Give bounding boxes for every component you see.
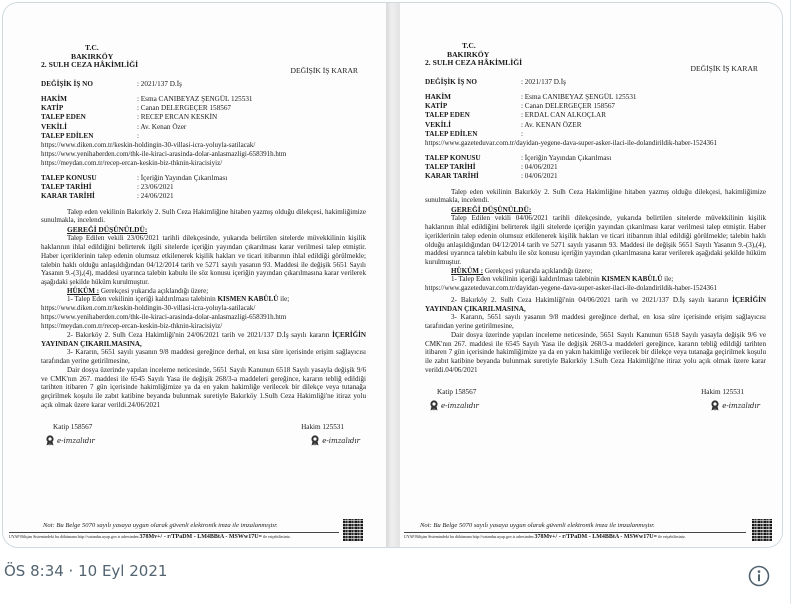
item-text: 2- Bakırköy 2. Sulh Ceza Hakimliği'nin 2… bbox=[67, 331, 332, 339]
file-no-row: DEĞİŞİK İŞ NO: 2021/137 D.İş bbox=[425, 78, 766, 87]
field-value: : 2021/137 D.İş bbox=[521, 78, 766, 87]
party-row: KATİP: Canan DELERGEÇER 158567 bbox=[41, 104, 366, 113]
judge-signature: Hakim 125531 bbox=[701, 388, 744, 396]
clerk-signature: Katip 158567 bbox=[53, 423, 92, 431]
reasoning-paragraph: Talep Edilen vekili 23/06/2021 tarihli d… bbox=[41, 234, 366, 286]
item-text: 1- Talep Eden vekilinin içeriği kaldırıl… bbox=[67, 295, 217, 303]
qr-code bbox=[343, 519, 363, 541]
timeline-divider bbox=[790, 0, 791, 604]
e-signature-row: e-imzalıdır e-imzalıdır bbox=[41, 435, 366, 446]
verdict-item-2: 2- Bakırköy 2. Sulh Ceza Hakimliği'nin 0… bbox=[425, 296, 766, 313]
field-label: HAKİM bbox=[41, 95, 137, 104]
field-label: HAKİM bbox=[425, 93, 521, 102]
field-value: : Esma CANIBEYAZ ŞENGÜL 125531 bbox=[521, 93, 766, 102]
party-row: TALEP EDEN: RECEP ERCAN KESKİN bbox=[41, 113, 366, 122]
field-label: KARAR TARİHİ bbox=[425, 172, 521, 181]
e-signature-stamp: e-imzalıdır bbox=[710, 400, 760, 411]
verification-code: 378Mv+/ - r/TPaDM - LM4BBtA - MSWw17U= bbox=[534, 534, 657, 540]
field-value: : ERDAL CAN ALKOÇLAR bbox=[521, 111, 766, 120]
reasoning-paragraph: Talep Edilen vekili 04/06/2021 tarihli d… bbox=[425, 214, 766, 266]
verdict-item-1: 1- Talep Eden vekilinin içeriği kaldırıl… bbox=[425, 275, 766, 284]
target-url: https://www.yenihaberden.com/thk-ile-kir… bbox=[41, 313, 366, 322]
field-label: DEĞİŞİK İŞ NO bbox=[425, 78, 521, 87]
request-row: KARAR TARİHİ: 24/06/2021 bbox=[41, 192, 366, 201]
field-value: : Canan DELERGEÇER 158567 bbox=[137, 104, 366, 113]
e-signature-stamp: e-imzalıdır bbox=[45, 435, 95, 446]
e-signature-note: Not: Bu Belge 5070 sayılı yasaya uygun o… bbox=[43, 522, 278, 529]
verdict-intro: Gerekçesi yukarıda açıklandığı üzere; bbox=[485, 267, 592, 275]
target-url: https://www.yenihaberden.com/thk-ile-kir… bbox=[41, 150, 366, 159]
target-url: https://meydan.com.tr/recep-ercan-keskin… bbox=[41, 159, 366, 168]
item-text: ile; bbox=[278, 295, 289, 303]
field-value: : RECEP ERCAN KESKİN bbox=[137, 113, 366, 122]
e-signature-note: Not: Bu Belge 5070 sayılı yasaya uygun o… bbox=[420, 522, 655, 529]
award-ribbon-icon bbox=[45, 435, 55, 446]
field-label: VEKİLİ bbox=[41, 123, 137, 132]
field-value: : 23/06/2021 bbox=[137, 183, 366, 192]
field-value: : Canan DELERGEÇER 158567 bbox=[521, 102, 766, 111]
verdict-line: HÜKÜM : Gerekçesi yukarıda açıklandığı ü… bbox=[41, 287, 366, 296]
tweet-timestamp[interactable]: ÖS 8:34 · 10 Eyl 2021 bbox=[4, 562, 167, 580]
party-row: TALEP EDİLEN: bbox=[41, 132, 366, 141]
uyap-footer: UYAP Bilişim Sistemindeki bu dökümana ht… bbox=[404, 532, 746, 541]
target-url: https://www.diken.com.tr/keskin-holdingi… bbox=[41, 141, 366, 150]
award-ribbon-icon bbox=[429, 400, 439, 411]
footer-text: ile erişebilirsiniz. bbox=[263, 534, 291, 539]
field-label: DEĞİŞİK İŞ NO bbox=[41, 80, 137, 89]
e-signature-row: e-imzalıdır e-imzalıdır bbox=[425, 400, 766, 411]
item-text: 1- Talep Eden vekilinin içeriği kaldırıl… bbox=[451, 275, 601, 283]
verdict-item-2: 2- Bakırköy 2. Sulh Ceza Hakimliği'nin 2… bbox=[41, 331, 366, 348]
field-value: : 04/06/2021 bbox=[521, 172, 766, 181]
item-text: ile; bbox=[662, 275, 673, 283]
closing-paragraph: Dair dosya üzerinde yapılan inceleme net… bbox=[425, 331, 766, 375]
e-signature-stamp: e-imzalıdır bbox=[310, 435, 360, 446]
footer-text: ile erişebilirsiniz. bbox=[658, 534, 686, 539]
target-url: https://www.gazeteduvar.com.tr/dayidan-y… bbox=[425, 139, 766, 148]
reasoning-heading: GEREĞİ DÜŞÜNÜLDÜ: bbox=[41, 225, 366, 234]
request-row: KARAR TARİHİ: 04/06/2021 bbox=[425, 172, 766, 181]
court-document-page-1: T.C. BAKIRKÖY 2. SULH CEZA HÂKİMLİĞİ DEĞ… bbox=[3, 3, 386, 547]
closing-paragraph: Dair dosya üzerinde yapılan inceleme net… bbox=[41, 366, 366, 410]
verdict-line: HÜKÜM : Gerekçesi yukarıda açıklandığı ü… bbox=[425, 267, 766, 276]
party-row: VEKİLİ: Av. Kenan Özer bbox=[41, 123, 366, 132]
field-value: : Esma CANIBEYAZ ŞENGÜL 125531 bbox=[137, 95, 366, 104]
field-label: TALEP KONUSU bbox=[41, 174, 137, 183]
award-ribbon-icon bbox=[710, 400, 720, 411]
party-row: TALEP EDEN: ERDAL CAN ALKOÇLAR bbox=[425, 111, 766, 120]
reasoning-heading: GEREĞİ DÜŞÜNÜLDÜ: bbox=[425, 205, 766, 214]
intro-paragraph: Talep eden vekilinin Bakırköy 2. Sulh Ce… bbox=[41, 208, 366, 225]
verification-code: 378Mv+/ - r/TPaDM - LM4BBtA - MSWw17U= bbox=[139, 534, 262, 540]
judge-signature: Hakim 125531 bbox=[301, 423, 344, 431]
court-document-page-2: T.C. BAKIRKÖY 2. SULH CEZA HÂKİMLİĞİ DEĞ… bbox=[400, 3, 782, 547]
field-value: : İçeriğin Yayından Çıkarılması bbox=[521, 154, 766, 163]
request-row: TALEP KONUSU: İçeriğin Yayından Çıkarılm… bbox=[425, 154, 766, 163]
field-label: TALEP EDİLEN bbox=[425, 130, 521, 139]
signature-row: Katip 158567 Hakim 125531 bbox=[41, 423, 366, 431]
party-row: HAKİM: Esma CANIBEYAZ ŞENGÜL 125531 bbox=[41, 95, 366, 104]
field-label: KATİP bbox=[41, 104, 137, 113]
target-url: https://meydan.com.tr/recep-ercan-keskin… bbox=[41, 322, 366, 331]
field-label: KARAR TARİHİ bbox=[41, 192, 137, 201]
intro-paragraph: Talep eden vekilinin Bakırköy 2. Sulh Ce… bbox=[425, 188, 766, 205]
verdict-item-3: 3- Kararın, 5651 sayılı yasanın 9/8 madd… bbox=[425, 313, 766, 330]
field-value: : 24/06/2021 bbox=[137, 192, 366, 201]
party-row: KATİP: Canan DELERGEÇER 158567 bbox=[425, 102, 766, 111]
signature-row: Katip 158567 Hakim 125531 bbox=[425, 388, 766, 396]
item-text: 2- Bakırköy 2. Sulh Ceza Hakimliği'nin 0… bbox=[451, 296, 732, 304]
field-value: : 04/06/2021 bbox=[521, 163, 766, 172]
field-value: : İçeriğin Yayından Çıkarılması bbox=[137, 174, 366, 183]
file-no-row: DEĞİŞİK İŞ NO: 2021/137 D.İş bbox=[41, 80, 366, 89]
info-circle-icon[interactable] bbox=[748, 565, 770, 587]
uyap-footer: UYAP Bilişim Sistemindeki bu dökümana ht… bbox=[9, 532, 339, 541]
qr-code bbox=[752, 519, 772, 541]
e-signature-stamp: e-imzalıdır bbox=[429, 400, 479, 411]
field-value: : bbox=[137, 132, 366, 141]
field-value: : Av. Kenan Özer bbox=[137, 123, 366, 132]
clerk-signature: Katip 158567 bbox=[437, 388, 476, 396]
stamp-text: e-imzalıdır bbox=[722, 402, 760, 410]
verdict-intro: Gerekçesi yukarıda açıklandığı üzere; bbox=[101, 287, 208, 295]
field-label: TALEP EDEN bbox=[41, 113, 137, 122]
party-row: HAKİM: Esma CANIBEYAZ ŞENGÜL 125531 bbox=[425, 93, 766, 102]
verdict-item-1: 1- Talep Eden vekilinin içeriği kaldırıl… bbox=[41, 295, 366, 304]
party-row: TALEP EDİLEN: bbox=[425, 130, 766, 139]
verdict-heading: HÜKÜM : bbox=[67, 287, 99, 295]
footer-text: UYAP Bilişim Sistemindeki bu dökümana ht… bbox=[9, 534, 138, 539]
field-label: TALEP EDEN bbox=[425, 111, 521, 120]
field-label: KATİP bbox=[425, 102, 521, 111]
footer-text: UYAP Bilişim Sistemindeki bu dökümana ht… bbox=[404, 534, 533, 539]
item-emphasis: KISMEN KABÜLÜ bbox=[601, 275, 662, 283]
field-value: : Av. KENAN ÖZER bbox=[521, 121, 766, 130]
request-row: TALEP KONUSU: İçeriğin Yayından Çıkarılm… bbox=[41, 174, 366, 183]
item-emphasis: KISMEN KABÜLÜ bbox=[217, 295, 278, 303]
award-ribbon-icon bbox=[310, 435, 320, 446]
field-label: VEKİLİ bbox=[425, 121, 521, 130]
verdict-item-3: 3- Kararın, 5651 sayılı yasanın 9/8 madd… bbox=[41, 348, 366, 365]
stamp-text: e-imzalıdır bbox=[441, 402, 479, 410]
page-gutter bbox=[386, 3, 400, 547]
target-url: https://www.diken.com.tr/keskin-holdingi… bbox=[41, 304, 366, 313]
field-label: TALEP KONUSU bbox=[425, 154, 521, 163]
field-label: TALEP EDİLEN bbox=[41, 132, 137, 141]
stamp-text: e-imzalıdır bbox=[57, 437, 95, 445]
verdict-heading: HÜKÜM : bbox=[451, 267, 483, 275]
field-value: : bbox=[521, 130, 766, 139]
tweet-image[interactable]: T.C. BAKIRKÖY 2. SULH CEZA HÂKİMLİĞİ DEĞ… bbox=[2, 2, 783, 548]
party-row: VEKİLİ: Av. KENAN ÖZER bbox=[425, 121, 766, 130]
field-value: : 2021/137 D.İş bbox=[137, 80, 366, 89]
target-url: https://www.gazeteduvar.com.tr/dayidan-y… bbox=[425, 284, 766, 293]
stamp-text: e-imzalıdır bbox=[322, 437, 360, 445]
